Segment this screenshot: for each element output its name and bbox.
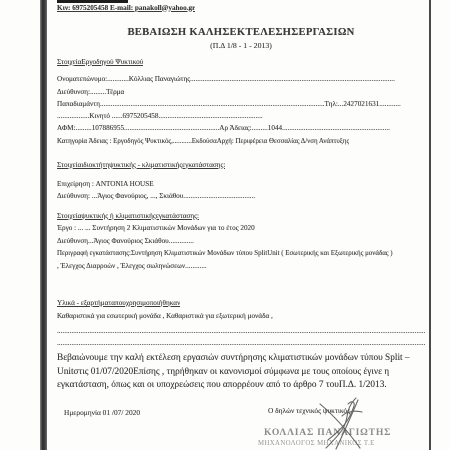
installation-section-heading: Στοιχείαψυκτικής ή κλιματιστικήςεγκατάστ… [57, 212, 199, 221]
materials-items-line: Καθαριστικά για εσωτερική μονάδα , Καθαρ… [57, 312, 273, 321]
employer-address-line-2: Παπαδιαμάντη............................… [57, 100, 401, 109]
document-title: ΒΕΒΑΙΩΣΗ ΚΑΛΗΣΕΚΤΕΛΕΣΗΣΕΡΓΑΣΙΩΝ [57, 26, 425, 39]
employer-address-line-1: Διεύθυνση:.........Τέρμα [57, 88, 124, 97]
installation-project-line: Έργο : ... ... Συντήρηση 2 Κλιματιστικών… [57, 224, 255, 233]
owner-section-heading: Στοιχείαιδιοκτήτηψυκτικής - κλιματιστική… [57, 161, 225, 170]
employer-section-heading: ΣτοιχείαΕργοδηγού Ψυκτικού [57, 58, 143, 67]
employer-license-line: Κατηγορία Άδειας : Εργοδηγός Ψυκτικός,..… [57, 138, 349, 147]
materials-section-heading: Υλικά - εξαρτήματαπουχρησιμοποιήθηκαν [57, 299, 180, 308]
owner-business-line: Επιχείρηση : ANTONIA HOUSE [57, 180, 154, 189]
scanned-document-page: Κιν: 6975205458 E-mail: panakoll@yahoo.g… [0, 0, 450, 450]
employer-afm-line: ΑΦΜ:.........107886955..................… [57, 124, 390, 133]
scan-right-border [429, 0, 431, 450]
installation-checks-line: , Έλεγχος Διαρροών , Έλεγχος σωληνώσεων.… [57, 262, 207, 271]
materials-filler-line-1: ........................................… [57, 327, 425, 336]
installation-description-line: Περιγραφή εγκατάστασης:Συντήρηση Κλιματι… [57, 250, 393, 259]
document-subtitle: (Π.Δ 1/8 - 1 - 2013) [57, 41, 425, 51]
installation-address-line: Διεύθυνση...Άγιος Φανούριος Σκιάθου.....… [57, 237, 194, 246]
employer-mobile-line: ..................Κινητό ......697520545… [57, 112, 263, 121]
contact-line: Κιν: 6975205458 E-mail: panakoll@yahoo.g… [57, 4, 195, 13]
certification-paragraph: Βεβαιώνουμε την καλή εκτέλεση εργασιών σ… [57, 352, 419, 393]
signature-scribble [298, 396, 398, 450]
employer-name-line: Ονοματεπώνυμο:............Κόλλιας Παναγι… [57, 75, 395, 84]
materials-filler-line-2: ........................................… [57, 339, 425, 348]
scan-left-border [40, 0, 47, 450]
owner-address-line: Διεύθυνση: ...Άγιος Φανούριος, ..., Σκιά… [57, 192, 255, 201]
date-line: Ημερομηνία 01 /07/ 2020 [64, 408, 140, 417]
